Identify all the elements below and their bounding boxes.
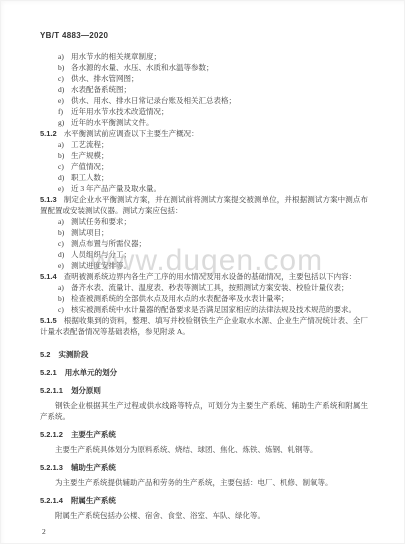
document-body: a)用水节水的相关规章制度；b)各水源的水量、水压、水质和水温等参数；c)供水、… — [40, 51, 368, 521]
heading-text: 划分原则 — [71, 386, 101, 395]
list-item-text: 检查被测系统的全部供水点及用水点的水表配备率及水表计量率； — [71, 294, 289, 303]
document-page: YB/T 4883—2020 a)用水节水的相关规章制度；b)各水源的水量、水压… — [0, 0, 405, 544]
section-heading: 5.2实测阶段 — [40, 349, 368, 360]
list-item-text: 工艺流程； — [71, 140, 109, 149]
list-item-label: b) — [58, 293, 71, 304]
heading-text: 实测阶段 — [58, 350, 88, 359]
clause-paragraph: 5.1.5根据收集到的资料，整理、填写并校验钢铁生产企业取水水源、企业生产情况统… — [40, 315, 368, 337]
list-item-label: a) — [58, 139, 71, 150]
list-item-text: 近 3 年产品产量及取水量。 — [71, 184, 161, 193]
clause-paragraph: 5.1.2水平衡测试前应调查以下主要生产概况： — [40, 128, 368, 139]
list-item: a)工艺流程； — [40, 139, 368, 150]
list-item-label: b) — [58, 227, 71, 238]
list-item: e)测试进度安排等。 — [40, 260, 368, 271]
heading-text: 主要生产系统 — [71, 430, 116, 439]
list-item-text: 生产规模； — [71, 151, 109, 160]
heading-text: 附属生产系统 — [71, 496, 116, 505]
list-item: a)用水节水的相关规章制度； — [40, 51, 368, 62]
list-item-label: d) — [58, 249, 71, 260]
section-heading: 5.2.1.2主要生产系统 — [40, 429, 368, 440]
list-item-label: e) — [58, 95, 71, 106]
clause-number: 5.1.2 — [40, 129, 57, 138]
list-item: c)产值情况； — [40, 161, 368, 172]
list-item-text: 核实被测系统中水计量器的配备要求是否满足国家相应的法律法规及技术规范的要求。 — [71, 305, 356, 314]
list-item-label: g) — [58, 117, 71, 128]
page-number: 2 — [42, 527, 46, 536]
list-item-text: 备齐水表、流量计、温度表、秒表等测试工具，按照测试方案安装、校验计量仪表； — [71, 283, 349, 292]
heading-number: 5.2.1 — [40, 368, 57, 377]
list-item-label: b) — [58, 62, 71, 73]
heading-number: 5.2.1.3 — [40, 463, 63, 472]
body-paragraph: 钢铁企业根据其生产过程或供水线路等特点，可划分为主要生产系统、辅助生产系统和附属… — [40, 400, 368, 422]
list-item: d)职工人数； — [40, 172, 368, 183]
list-item-text: 各水源的水量、水压、水质和水温等参数； — [71, 63, 214, 72]
body-paragraph: 附属生产系统包括办公楼、宿舍、食堂、浴室、车队、绿化等。 — [40, 510, 368, 521]
list-item-text: 水表配备系统图； — [71, 85, 131, 94]
heading-text: 辅助生产系统 — [71, 463, 116, 472]
list-item: a)备齐水表、流量计、温度表、秒表等测试工具，按照测试方案安装、校验计量仪表； — [40, 282, 368, 293]
list-item-label: c) — [58, 161, 71, 172]
list-item-label: e) — [58, 183, 71, 194]
list-item-text: 产值情况； — [71, 162, 109, 171]
list-item-label: c) — [58, 304, 71, 315]
list-item-label: f) — [58, 106, 71, 117]
section-heading: 5.2.1.4附属生产系统 — [40, 495, 368, 506]
clause-paragraph: 5.1.3制定企业水平衡测试方案，并在测试前将测试方案提交被测单位，并根据测试方… — [40, 194, 368, 216]
list-item: d)水表配备系统图； — [40, 84, 368, 95]
list-item: d)人员组织与分工； — [40, 249, 368, 260]
list-item-label: b) — [58, 150, 71, 161]
heading-text: 用水单元的划分 — [65, 368, 118, 377]
heading-number: 5.2.1.1 — [40, 386, 63, 395]
list-item-text: 用水节水的相关规章制度； — [71, 52, 161, 61]
list-item: c)供水、排水管网图； — [40, 73, 368, 84]
list-item: a)测试任务和要求； — [40, 216, 368, 227]
list-item: b)生产规模； — [40, 150, 368, 161]
list-item-label: c) — [58, 238, 71, 249]
clause-number: 5.1.5 — [40, 316, 57, 325]
clause-text: 水平衡测试前应调查以下主要生产概况： — [64, 129, 199, 138]
clause-number: 5.1.4 — [40, 272, 57, 281]
document-code-header: YB/T 4883—2020 — [40, 30, 365, 41]
section-heading: 5.2.1.3辅助生产系统 — [40, 462, 368, 473]
list-item-label: a) — [58, 216, 71, 227]
list-item-label: d) — [58, 84, 71, 95]
clause-text: 根据收集到的资料，整理、填写并校验钢铁生产企业取水水源、企业生产情况统计表、全厂… — [40, 316, 368, 336]
list-item: e)供水、用水、排水日常记录台账及相关汇总表格； — [40, 95, 368, 106]
section-heading: 5.2.1.1划分原则 — [40, 385, 368, 396]
list-item-label: e) — [58, 260, 71, 271]
list-item: c)核实被测系统中水计量器的配备要求是否满足国家相应的法律法规及技术规范的要求。 — [40, 304, 368, 315]
clause-number: 5.1.3 — [40, 195, 57, 204]
heading-number: 5.2 — [40, 350, 50, 359]
list-item-label: c) — [58, 73, 71, 84]
list-item-text: 测试项目； — [71, 228, 109, 237]
body-paragraph: 主要生产系统具体划分为原料系统、烧结、球团、焦化、炼铁、炼钢、轧钢等。 — [40, 444, 368, 455]
list-item-text: 供水、排水管网图； — [71, 74, 139, 83]
list-item-text: 人员组织与分工； — [71, 250, 131, 259]
list-item-text: 近年用水节水技术改造情况； — [71, 107, 169, 116]
list-item-text: 测试任务和要求； — [71, 217, 131, 226]
list-item: e)近 3 年产品产量及取水量。 — [40, 183, 368, 194]
list-item: f)近年用水节水技术改造情况； — [40, 106, 368, 117]
body-paragraph: 为主要生产系统提供辅助产品和劳务的生产系统，主要包括：电厂、机修、制氧等。 — [40, 477, 368, 488]
heading-number: 5.2.1.2 — [40, 430, 63, 439]
list-item-text: 供水、用水、排水日常记录台账及相关汇总表格； — [71, 96, 236, 105]
list-item-label: a) — [58, 51, 71, 62]
list-item-label: a) — [58, 282, 71, 293]
clause-text: 查明被测系统边界内各生产工序的用水情况及用水设备的基础情况，主要包括以下内容： — [64, 272, 357, 281]
list-item-text: 职工人数； — [71, 173, 109, 182]
list-item-text: 测试进度安排等。 — [71, 261, 131, 270]
list-item: g)近年的水平衡测试文件。 — [40, 117, 368, 128]
clause-text: 制定企业水平衡测试方案，并在测试前将测试方案提交被测单位，并根据测试方案中测点布… — [40, 195, 368, 215]
section-heading: 5.2.1用水单元的划分 — [40, 367, 368, 378]
list-item: b)检查被测系统的全部供水点及用水点的水表配备率及水表计量率； — [40, 293, 368, 304]
list-item-text: 测点布置与所需仪器； — [71, 239, 146, 248]
clause-paragraph: 5.1.4查明被测系统边界内各生产工序的用水情况及用水设备的基础情况，主要包括以… — [40, 271, 368, 282]
list-item: c)测点布置与所需仪器； — [40, 238, 368, 249]
list-item-text: 近年的水平衡测试文件。 — [71, 118, 154, 127]
list-item-label: d) — [58, 172, 71, 183]
heading-number: 5.2.1.4 — [40, 496, 63, 505]
list-item: b)测试项目； — [40, 227, 368, 238]
list-item: b)各水源的水量、水压、水质和水温等参数； — [40, 62, 368, 73]
